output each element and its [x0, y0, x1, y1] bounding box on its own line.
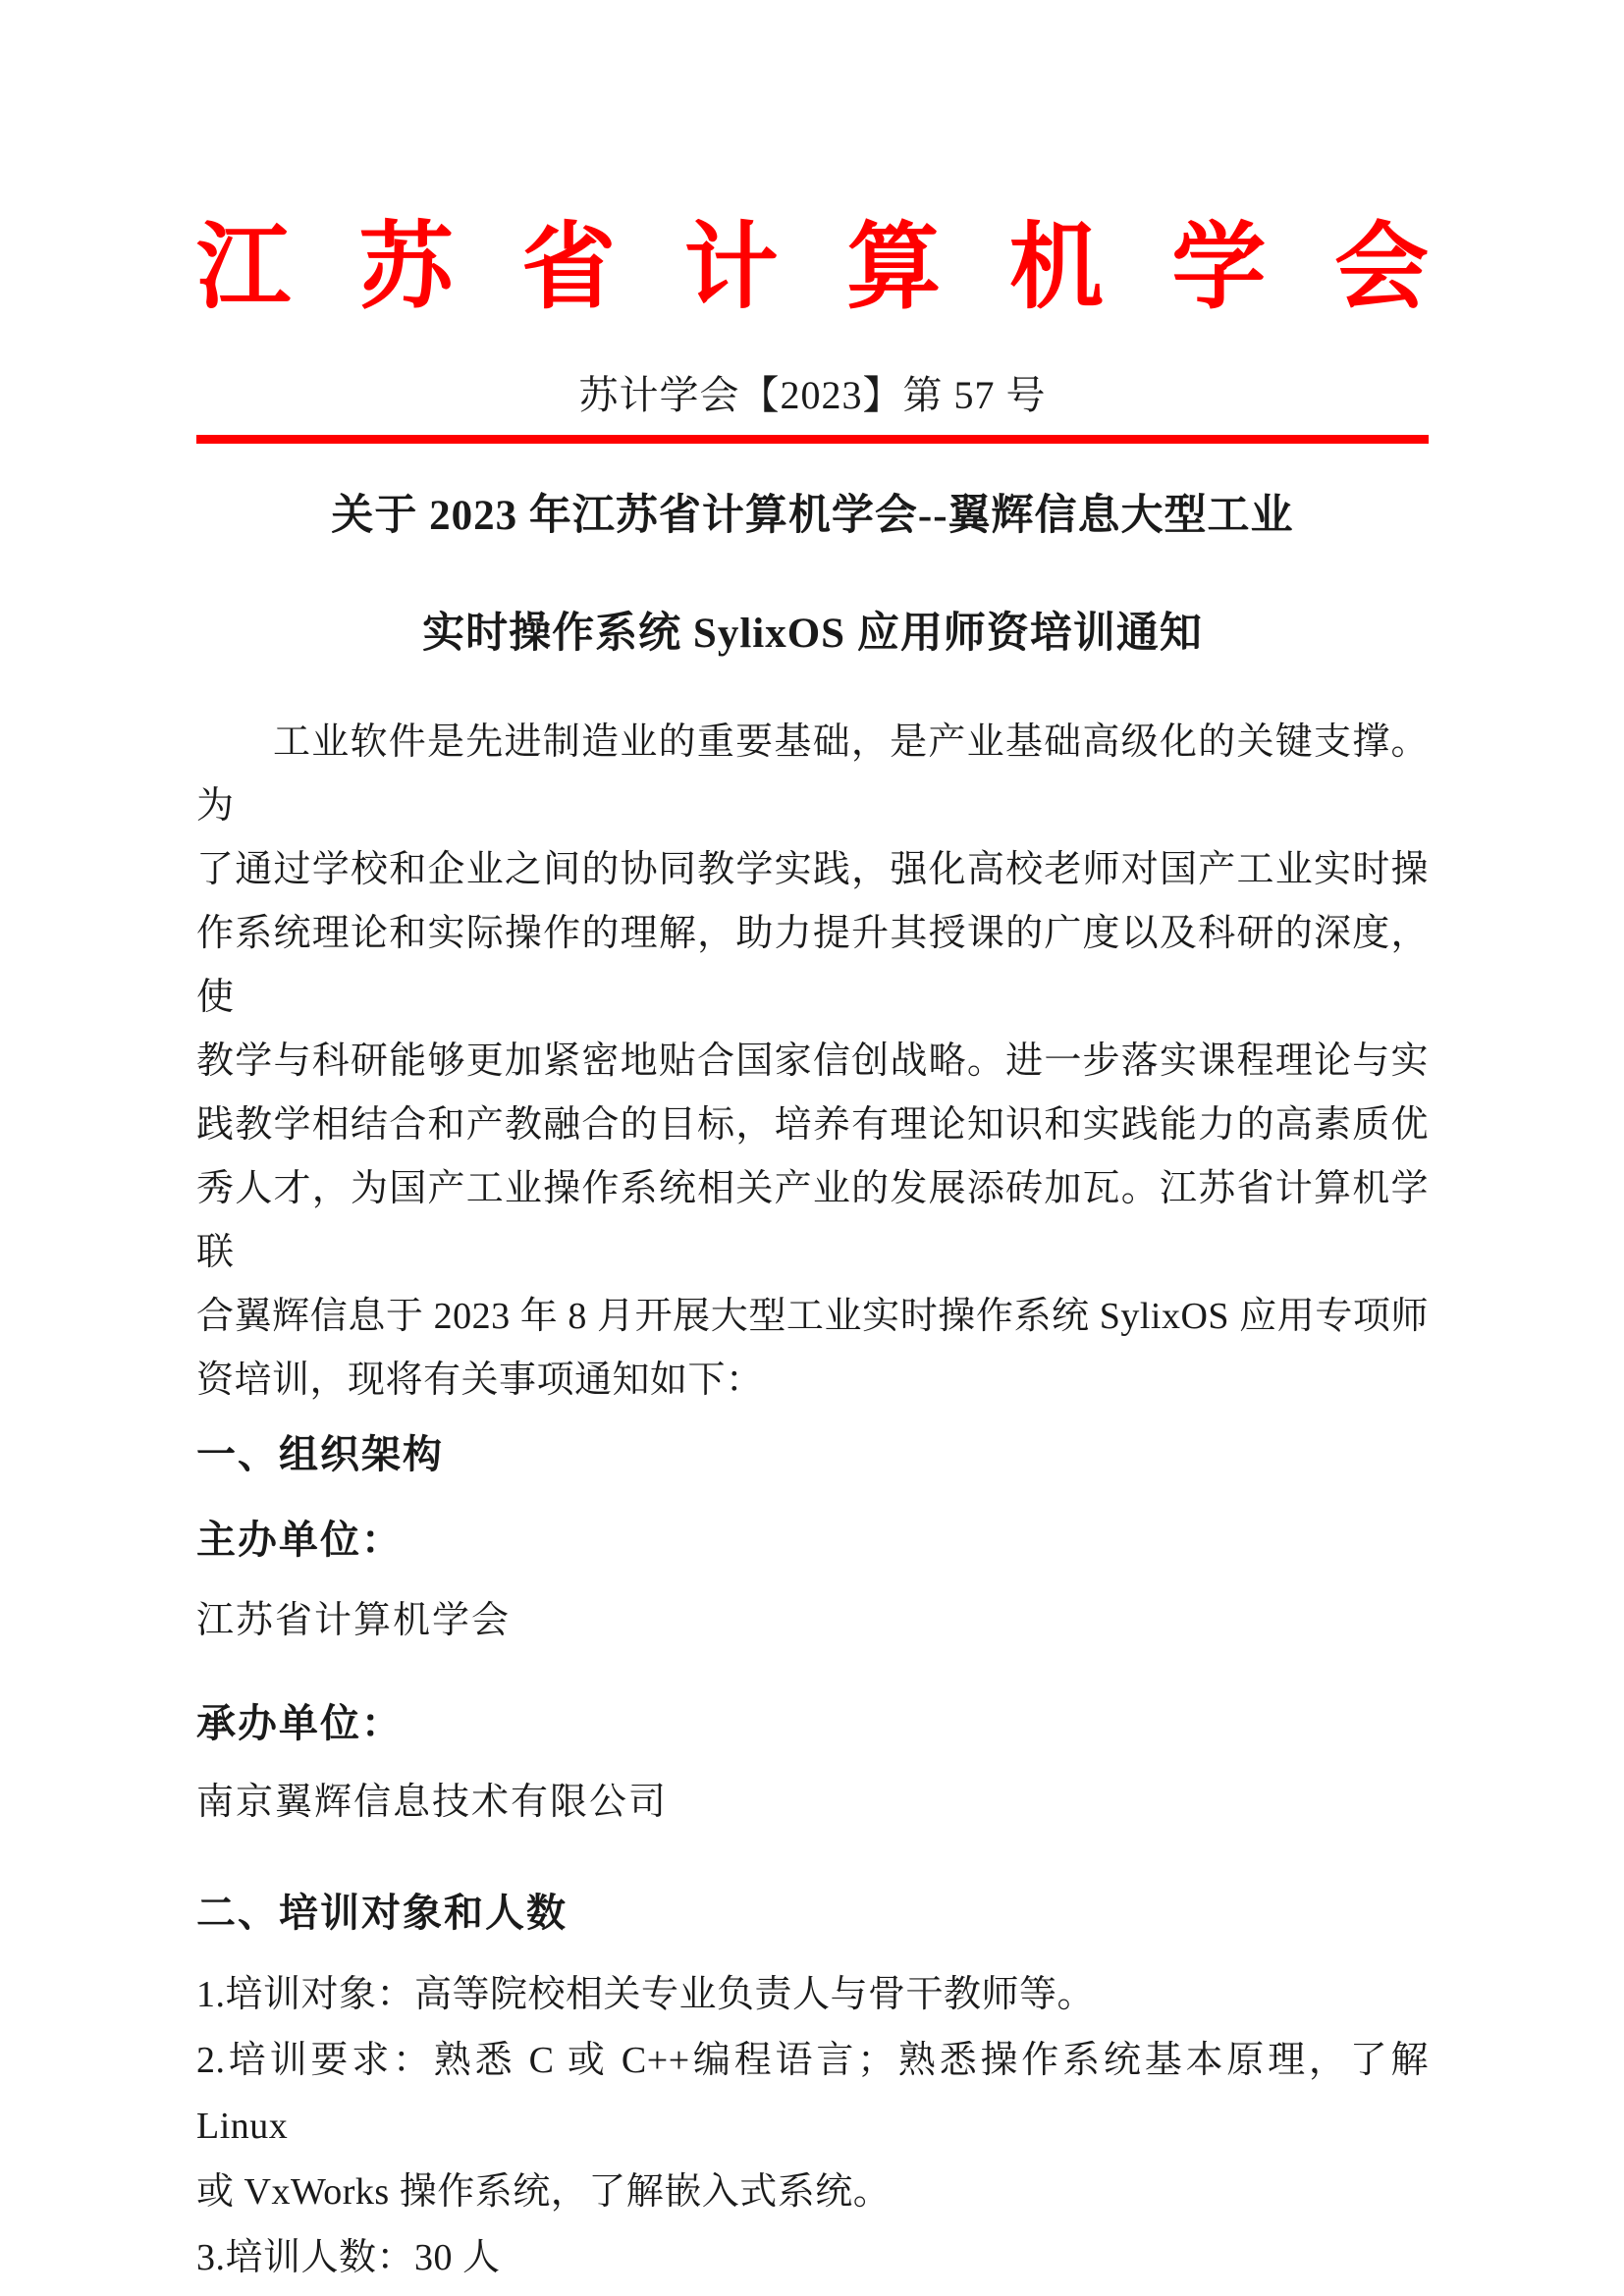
intro-line: 合翼辉信息于 2023 年 8 月开展大型工业实时操作系统 SylixOS 应用…	[196, 1285, 1429, 1349]
host-unit-label: 主办单位：	[196, 1508, 1429, 1572]
intro-line: 秀人才，为国产工业操作系统相关产业的发展添砖加瓦。江苏省计算机学联	[196, 1157, 1429, 1285]
section2-heading: 二、培训对象和人数	[196, 1881, 1429, 1945]
letterhead-divider	[196, 435, 1429, 444]
training-item-line: 或 VxWorks 操作系统，了解嵌入式系统。	[196, 2160, 1429, 2225]
notice-title-line2: 实时操作系统 SylixOS 应用师资培训通知	[196, 575, 1429, 693]
notice-title: 关于 2023 年江苏省计算机学会--翼辉信息大型工业 实时操作系统 Sylix…	[196, 457, 1429, 693]
intro-line: 教学与科研能够更加紧密地贴合国家信创战略。进一步落实课程理论与实	[196, 1030, 1429, 1094]
training-item-line: 1.培训对象：高等院校相关专业负责人与骨干教师等。	[196, 1962, 1429, 2028]
notice-title-line1: 关于 2023 年江苏省计算机学会--翼辉信息大型工业	[196, 457, 1429, 575]
organization-title: 江 苏 省 计 算 机 学 会	[196, 221, 1429, 315]
intro-line: 了通过学校和企业之间的协同教学实践，强化高校老师对国产工业实时操	[196, 838, 1429, 902]
intro-line: 工业软件是先进制造业的重要基础，是产业基础高级化的关键支撑。为	[196, 711, 1429, 838]
letterhead: 江 苏 省 计 算 机 学 会 苏计学会【2023】第 57 号	[196, 221, 1429, 444]
intro-paragraph: 工业软件是先进制造业的重要基础，是产业基础高级化的关键支撑。为 了通过学校和企业…	[196, 711, 1429, 1413]
section1-heading: 一、组织架构	[196, 1422, 1429, 1486]
organizer-unit-value: 南京翼辉信息技术有限公司	[196, 1771, 1429, 1835]
organizer-unit-label: 承办单位：	[196, 1691, 1429, 1755]
training-item-line: 3.培训人数：30 人	[196, 2225, 1429, 2291]
intro-line: 资培训，现将有关事项通知如下：	[196, 1349, 1429, 1413]
training-items: 1.培训对象：高等院校相关专业负责人与骨干教师等。 2.培训要求：熟悉 C 或 …	[196, 1962, 1429, 2291]
document-page: 江 苏 省 计 算 机 学 会 苏计学会【2023】第 57 号 关于 2023…	[0, 0, 1624, 2296]
host-unit-value: 江苏省计算机学会	[196, 1589, 1429, 1653]
intro-line: 作系统理论和实际操作的理解，助力提升其授课的广度以及科研的深度，使	[196, 902, 1429, 1030]
training-item-line: 2.培训要求：熟悉 C 或 C++编程语言；熟悉操作系统基本原理，了解 Linu…	[196, 2028, 1429, 2160]
intro-line: 践教学相结合和产教融合的目标，培养有理论知识和实践能力的高素质优	[196, 1094, 1429, 1157]
document-number: 苏计学会【2023】第 57 号	[196, 372, 1429, 419]
